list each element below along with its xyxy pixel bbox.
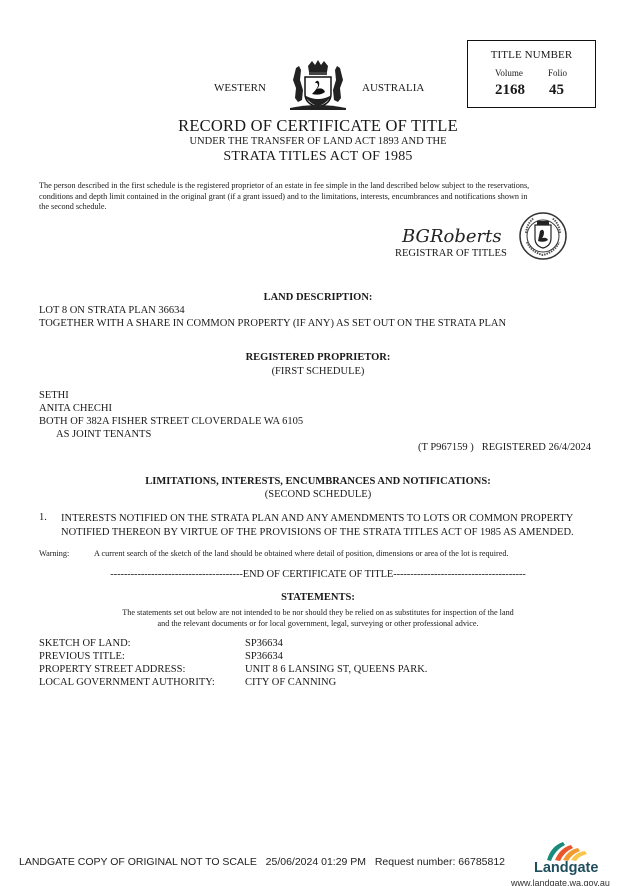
statement-value: CITY OF CANNING: [245, 677, 336, 688]
folio-label: Folio: [548, 68, 567, 78]
warning-text: A current search of the sketch of the la…: [94, 549, 508, 558]
first-schedule-subheading: (FIRST SCHEDULE): [0, 366, 636, 377]
landgate-url[interactable]: www.landgate.wa.gov.au: [511, 878, 610, 886]
title-number-heading: TITLE NUMBER: [468, 49, 595, 61]
proprietor-line: ANITA CHECHI: [39, 403, 112, 414]
registrar-title: REGISTRAR OF TITLES: [395, 248, 507, 259]
registration-info: (T P967159 ) REGISTERED 26/4/2024: [418, 442, 591, 453]
landgate-brand: Landgate: [534, 860, 598, 876]
statement-row-address: PROPERTY STREET ADDRESS:UNIT 8 6 LANSING…: [39, 664, 427, 675]
document-title: RECORD OF CERTIFICATE OF TITLE: [0, 116, 636, 136]
statement-row-sketch: SKETCH OF LAND:SP36634: [39, 638, 283, 649]
state-word-right: AUSTRALIA: [362, 82, 424, 94]
proprietor-line: AS JOINT TENANTS: [56, 429, 151, 440]
instrument-number: (T P967159 ): [418, 442, 474, 453]
footer-datetime: 25/06/2024 01:29 PM: [266, 856, 366, 868]
land-description-heading: LAND DESCRIPTION:: [0, 292, 636, 303]
statement-label: LOCAL GOVERNMENT AUTHORITY:: [39, 677, 245, 688]
limitations-heading: LIMITATIONS, INTERESTS, ENCUMBRANCES AND…: [0, 476, 636, 487]
statement-label: PREVIOUS TITLE:: [39, 651, 245, 662]
title-number-box: TITLE NUMBER Volume Folio 2168 45: [467, 40, 596, 108]
state-word-left: WESTERN: [214, 82, 266, 94]
limitation-item-number: 1.: [39, 512, 47, 523]
registered-proprietor-heading: REGISTERED PROPRIETOR:: [0, 352, 636, 363]
end-of-certificate-marker: ---------------------------------------E…: [0, 569, 636, 580]
volume-label: Volume: [495, 68, 523, 78]
registered-date: REGISTERED 26/4/2024: [482, 442, 591, 453]
proprietor-line: SETHI: [39, 390, 69, 401]
document-act: STRATA TITLES ACT OF 1985: [0, 149, 636, 165]
statements-heading: STATEMENTS:: [0, 592, 636, 603]
svg-text:BGRoberts: BGRoberts: [401, 226, 502, 247]
footer-copy-notice: LANDGATE COPY OF ORIGINAL NOT TO SCALE 2…: [19, 856, 505, 868]
land-description-line: LOT 8 ON STRATA PLAN 36634: [39, 305, 185, 316]
wa-coat-of-arms-icon: [284, 58, 352, 112]
statement-value: UNIT 8 6 LANSING ST, QUEENS PARK.: [245, 664, 427, 675]
statement-label: PROPERTY STREET ADDRESS:: [39, 664, 245, 675]
volume-value: 2168: [495, 82, 525, 99]
warning-label: Warning:: [39, 549, 69, 558]
document-subtitle: UNDER THE TRANSFER OF LAND ACT 1893 AND …: [0, 136, 636, 147]
intro-paragraph: The person described in the first schedu…: [39, 181, 539, 213]
limitation-item-text: INTERESTS NOTIFIED ON THE STRATA PLAN AN…: [61, 512, 606, 539]
second-schedule-subheading: (SECOND SCHEDULE): [0, 489, 636, 500]
registrar-signature: BGRoberts: [400, 222, 510, 248]
statement-label: SKETCH OF LAND:: [39, 638, 245, 649]
footer-request-number: 66785812: [458, 856, 505, 868]
statements-description: The statements set out below are not int…: [0, 607, 636, 629]
footer-request-label: Request number:: [375, 856, 456, 868]
statement-value: SP36634: [245, 638, 283, 649]
proprietor-line: BOTH OF 382A FISHER STREET CLOVERDALE WA…: [39, 416, 303, 427]
statement-row-lga: LOCAL GOVERNMENT AUTHORITY:CITY OF CANNI…: [39, 677, 336, 688]
folio-value: 45: [549, 82, 564, 99]
statement-row-previous-title: PREVIOUS TITLE:SP36634: [39, 651, 283, 662]
registrar-seal-icon: [517, 211, 569, 261]
statement-value: SP36634: [245, 651, 283, 662]
land-description-line: TOGETHER WITH A SHARE IN COMMON PROPERTY…: [39, 318, 506, 329]
